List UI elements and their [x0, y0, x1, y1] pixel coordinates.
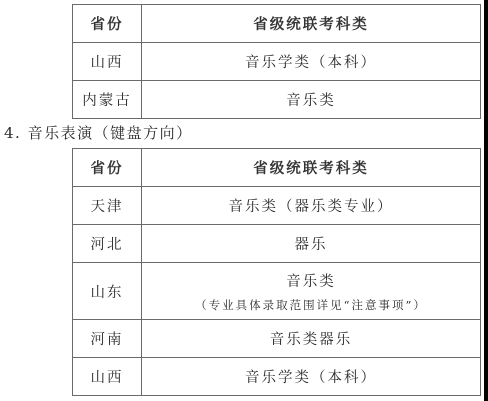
table-row: 内蒙古 音乐类 [73, 81, 481, 119]
table-header-row: 省份 省级统联考科类 [73, 149, 481, 187]
header-category: 省级统联考科类 [142, 5, 481, 43]
header-province: 省份 [73, 149, 142, 187]
section-heading: 4. 音乐表演（键盘方向） [4, 122, 193, 143]
table-row: 山西 音乐学类（本科） [73, 358, 481, 396]
cell-province: 河北 [73, 225, 142, 263]
table-music-categories-1: 省份 省级统联考科类 山西 音乐学类（本科） 内蒙古 音乐类 [72, 4, 481, 119]
cell-province: 天津 [73, 187, 142, 225]
table-row: 河南 音乐类器乐 [73, 320, 481, 358]
cell-province: 河南 [73, 320, 142, 358]
cell-category: 音乐类 [142, 81, 481, 119]
table-row: 山西 音乐学类（本科） [73, 43, 481, 81]
cell-category: 音乐类（器乐类专业） [142, 187, 481, 225]
right-edge-border [484, 0, 488, 401]
table-header-row: 省份 省级统联考科类 [73, 5, 481, 43]
header-province: 省份 [73, 5, 142, 43]
table-row: 天津 音乐类（器乐类专业） [73, 187, 481, 225]
cell-category: 音乐学类（本科） [142, 43, 481, 81]
cell-province: 山东 [73, 263, 142, 320]
cell-category: 音乐类 （专业具体录取范围详见“注意事项”） [142, 263, 481, 320]
cell-category: 音乐类器乐 [142, 320, 481, 358]
table-music-categories-2: 省份 省级统联考科类 天津 音乐类（器乐类专业） 河北 器乐 山东 音乐类 （专… [72, 148, 481, 396]
cell-category-note: （专业具体录取范围详见“注意事项”） [142, 297, 480, 313]
cell-category: 器乐 [142, 225, 481, 263]
cell-category: 音乐学类（本科） [142, 358, 481, 396]
cell-province: 内蒙古 [73, 81, 142, 119]
table-row: 河北 器乐 [73, 225, 481, 263]
header-category: 省级统联考科类 [142, 149, 481, 187]
cell-province: 山西 [73, 43, 142, 81]
cell-category-main: 音乐类 [286, 274, 336, 290]
table-row: 山东 音乐类 （专业具体录取范围详见“注意事项”） [73, 263, 481, 320]
cell-province: 山西 [73, 358, 142, 396]
